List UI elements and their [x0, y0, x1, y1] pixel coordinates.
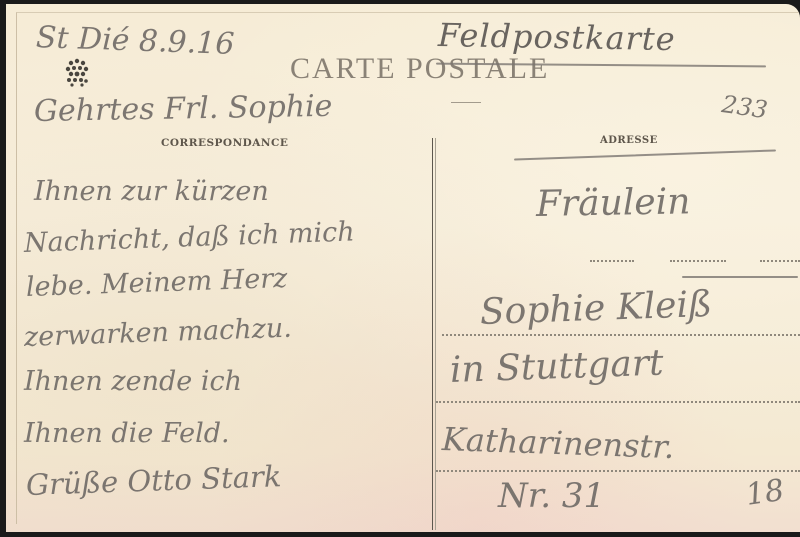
- handwritten-dateline: St Dié 8.9.16: [35, 20, 235, 62]
- address-line-1b: [670, 260, 726, 262]
- ink-underline-title: [682, 276, 798, 278]
- address-line-recipient-title: Fräulein: [536, 181, 691, 225]
- ornamental-monogram-icon: [62, 56, 92, 88]
- address-line-1c: [760, 260, 800, 262]
- address-line-2: [442, 334, 800, 336]
- address-line-note-18: 18: [744, 473, 787, 513]
- address-heading: ADRESSE: [600, 135, 658, 146]
- short-rule: [451, 102, 481, 103]
- address-line-street: Katharinenstr.: [441, 420, 675, 466]
- address-line-recipient-name: Sophie Kleiß: [479, 284, 712, 333]
- postcard: CARTE POSTALE CORRESPONDANCE ADRESSE St …: [6, 4, 800, 532]
- correspondence-heading: CORRESPONDANCE: [161, 137, 288, 149]
- message-line-1: Gehrtes Frl. Sophie: [34, 89, 333, 129]
- address-line-3: [436, 401, 800, 403]
- message-line-6: Ihnen zende ich: [24, 366, 242, 397]
- address-line-1a: [590, 260, 634, 262]
- address-line-city: in Stuttgart: [449, 343, 664, 391]
- postcard-title: CARTE POSTALE: [290, 52, 549, 86]
- address-line-house-number: Nr. 31: [498, 476, 605, 516]
- handwritten-feldpostkarte: Feldpostkarte: [438, 16, 676, 58]
- message-line-7: Ihnen die Feld.: [24, 418, 230, 449]
- address-line-4: [436, 470, 800, 472]
- message-line-2: Ihnen zur kürzen: [34, 176, 269, 207]
